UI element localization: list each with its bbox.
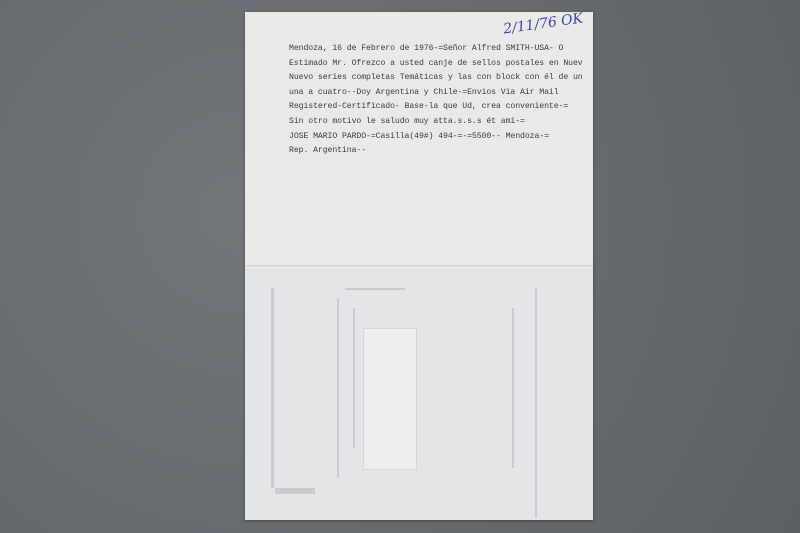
typed-line: Mendoza, 16 de Febrero de 1976-=Señor Al… (289, 42, 589, 57)
letter-lower-half (245, 268, 593, 520)
bleed-through-text (271, 288, 274, 488)
typed-line: Nuevo series completas Temáticas y las c… (289, 71, 589, 86)
typed-letter-body: Mendoza, 16 de Febrero de 1976-=Señor Al… (289, 42, 589, 159)
typed-line: JOSE MARIO PARDO-=Casilla(49#) 494-=-=55… (289, 130, 589, 145)
letter-upper-half: 2/11/76 OK Mendoza, 16 de Febrero de 197… (245, 12, 593, 265)
typed-line: Registered-Certificado- Base-la que Ud, … (289, 100, 589, 115)
typed-line: Rep. Argentina-- (289, 144, 589, 159)
typed-line: Estimado Mr. Ofrezco a usted canje de se… (289, 57, 589, 72)
bleed-through-stamp-block (363, 328, 417, 470)
bleed-through-text (337, 298, 339, 478)
typed-line: una a cuatro--Doy Argentina y Chile-=Env… (289, 86, 589, 101)
bleed-through-text (353, 308, 355, 448)
bleed-through-text (535, 288, 537, 518)
letter-sheet: 2/11/76 OK Mendoza, 16 de Febrero de 197… (245, 12, 593, 520)
bleed-through-text (512, 308, 514, 468)
bleed-through-text (275, 488, 315, 494)
typed-line: Sin otro motivo le saludo muy atta.s.s.s… (289, 115, 589, 130)
handwritten-note: 2/11/76 OK (502, 10, 584, 37)
bleed-through-text (345, 288, 405, 290)
